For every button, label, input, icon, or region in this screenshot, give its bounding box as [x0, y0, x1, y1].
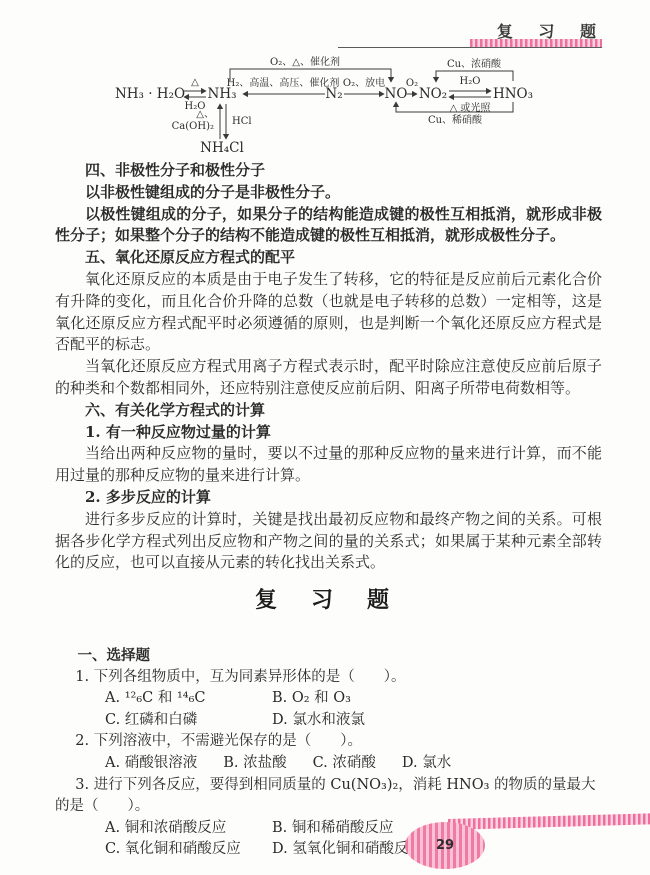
formula-no: NO	[385, 86, 408, 102]
question-2-option-c: C. 浓硝酸	[313, 753, 376, 775]
section6-paragraph-2: 进行多步反应的计算时，关键是找出最初反应物和最终产物之间的关系。可根据各步化学方…	[55, 509, 602, 574]
no-to-no2-condition: O₂	[406, 78, 418, 89]
section5-paragraph-1: 氧化还原反应的本质是由于电子发生了转移，它的特征是反应前后元素化合价有升降的变化…	[55, 269, 602, 356]
question-2-options: A. 硝酸银溶液 B. 浓盐酸 C. 浓硝酸 D. 氯水	[105, 753, 610, 775]
question-2-option-d: D. 氯水	[402, 753, 451, 775]
header-pink-stripe	[470, 39, 602, 47]
formula-nh3-h2o: NH₃ · H₂O	[115, 86, 185, 102]
caoh2-label-line1: △、	[196, 109, 214, 120]
cu-concentrated-label: Cu、浓硝酸	[447, 57, 502, 70]
section5-heading: 五、氧化还原反应方程式的配平	[55, 247, 602, 269]
section6-sub2-heading: 2. 多步反应的计算	[55, 487, 602, 509]
question-3-option-a: A. 铜和浓硝酸反应	[105, 818, 272, 840]
question-1-option-a: A. ¹²₆C 和 ¹⁴₆C	[105, 688, 272, 710]
question-1-stem: 1. 下列各组物质中，互为同素异形体的是（ ）。	[55, 667, 610, 689]
haber-conditions: H₂、高温、高压、催化剂	[227, 76, 340, 89]
questions-block: 一、选择题 1. 下列各组物质中，互为同素异形体的是（ ）。 A. ¹²₆C 和…	[55, 645, 610, 861]
section4-paragraph: 以极性键组成的分子，如果分子的结构能造成键的极性互相抵消，就形成非极性分子；如果…	[55, 204, 602, 248]
cu-dilute-label: Cu、稀硝酸	[428, 113, 483, 126]
discharge-conditions: O₂、放电	[343, 76, 385, 89]
question-3-stem: 3. 进行下列各反应，要得到相同质量的 Cu(NO₃)₂，消耗 HNO₃ 的物质…	[55, 775, 610, 818]
question-1-option-c: C. 红磷和白磷	[105, 710, 272, 732]
review-section-title: 复 习 题	[0, 583, 650, 614]
caoh2-label-line2: Ca(OH)₂	[172, 121, 214, 132]
section5-paragraph-2: 当氧化还原反应方程式用离子方程式表示时，配平时除应注意使反应前后原子的种类和个数…	[55, 356, 602, 400]
question-1-option-b: B. O₂ 和 O₃	[272, 688, 610, 710]
question-1-options: A. ¹²₆C 和 ¹⁴₆C B. O₂ 和 O₃ C. 红磷和白磷 D. 氯水…	[105, 688, 610, 731]
hcl-label: HCl	[232, 116, 252, 127]
water-condition: H₂O	[460, 76, 481, 87]
section6-paragraph-1: 当给出两种反应物的量时，要以不过量的那种反应物的量来进行计算，而不能用过量的那种…	[55, 443, 602, 487]
summary-text-block: 四、非极性分子和极性分子 以非极性键组成的分子是非极性分子。 以极性键组成的分子…	[55, 160, 602, 574]
question-3-option-c: C. 氧化铜和硝酸反应	[105, 839, 272, 861]
page-number: 29	[436, 838, 454, 853]
nitrogen-conversion-diagram: NH₃ · H₂O NH₃ N₂ NO NO₂ HNO₃ △ H₂O H₂、高温…	[0, 55, 650, 157]
formula-nh4cl: NH₄Cl	[200, 140, 244, 156]
formula-hno3: HNO₃	[493, 86, 533, 102]
question-2-option-a: A. 硝酸银溶液	[105, 753, 197, 775]
question-2-stem: 2. 下列溶液中，不需避光保存的是（ ）。	[55, 731, 610, 753]
header-rule	[338, 47, 602, 48]
choice-section-heading: 一、选择题	[55, 645, 610, 667]
section4-keypoint: 以非极性键组成的分子是非极性分子。	[55, 182, 602, 204]
section4-heading: 四、非极性分子和极性分子	[55, 160, 602, 182]
catalytic-oxidation-conditions: O₂、△、催化剂	[270, 55, 340, 68]
section6-heading: 六、有关化学方程式的计算	[55, 400, 602, 422]
section6-sub1-heading: 1. 有一种反应物过量的计算	[55, 422, 602, 444]
formula-no2: NO₂	[419, 86, 447, 102]
question-2-option-b: B. 浓盐酸	[223, 753, 286, 775]
page-number-badge: 29	[405, 822, 485, 869]
question-1-option-d: D. 氯水和液氯	[272, 710, 610, 732]
condition-delta: △	[191, 77, 199, 88]
